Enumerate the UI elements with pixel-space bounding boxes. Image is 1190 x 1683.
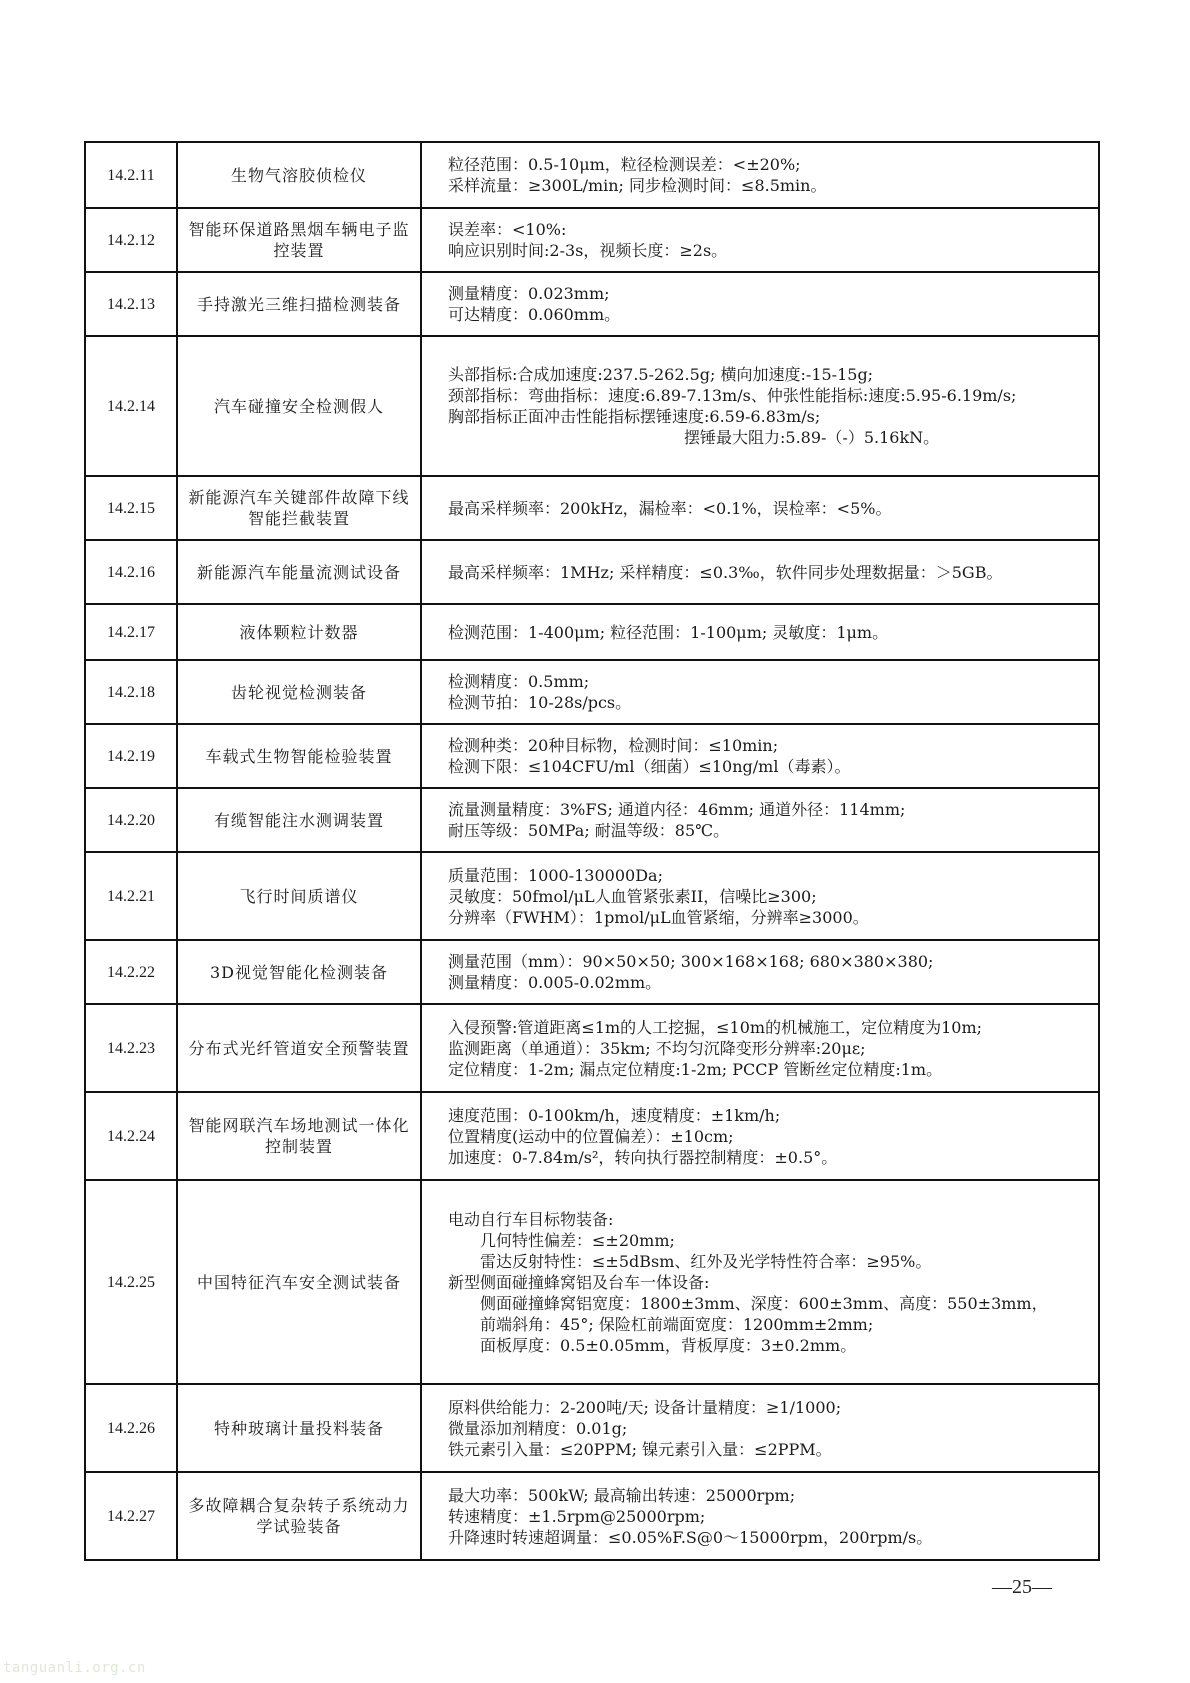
spec-line: 头部指标:合成加速度:237.5-262.5g; 横向加速度:-15-15g; (448, 364, 1086, 385)
spec-line: 颈部指标：弯曲指标：速度:6.89-7.13m/s、仲张性能指标:速度:5.95… (448, 385, 1086, 406)
table-row: 14.2.12智能环保道路黑烟车辆电子监控装置误差率：<10%:响应识别时间:2… (85, 208, 1099, 272)
equipment-name-cell: 汽车碰撞安全检测假人 (177, 336, 421, 476)
spec-line: 铁元素引入量：≤20PPM; 镍元素引入量：≤2PPM。 (448, 1439, 1086, 1460)
spec-line: 检测下限：≤104CFU/ml（细菌）≤10ng/ml（毒素）。 (448, 756, 1086, 777)
table-row: 14.2.18齿轮视觉检测装备检测精度：0.5mm;检测节拍：10-28s/pc… (85, 660, 1099, 724)
table-row: 14.2.27多故障耦合复杂转子系统动力学试验装备最大功率：500kW; 最高输… (85, 1472, 1099, 1560)
spec-cell: 测量范围（mm）：90×50×50; 300×168×168; 680×380×… (421, 940, 1099, 1004)
spec-line: 最高采样频率：1MHz; 采样精度：≤0.3‰，软件同步处理数据量：＞5GB。 (448, 562, 1086, 583)
table-row: 14.2.19车载式生物智能检验装置检测种类：20种目标物，检测时间：≤10mi… (85, 724, 1099, 788)
spec-line: 面板厚度：0.5±0.05mm，背板厚度：3±0.2mm。 (448, 1335, 1086, 1356)
spec-cell: 质量范围：1000-130000Da;灵敏度：50fmol/μL人血管紧张素II… (421, 852, 1099, 940)
item-number-cell: 14.2.12 (85, 208, 177, 272)
spec-line: 检测精度：0.5mm; (448, 671, 1086, 692)
equipment-name-cell: 生物气溶胶侦检仪 (177, 142, 421, 208)
spec-line: 检测种类：20种目标物，检测时间：≤10min; (448, 735, 1086, 756)
item-number-cell: 14.2.15 (85, 476, 177, 540)
table-row: 14.2.14汽车碰撞安全检测假人头部指标:合成加速度:237.5-262.5g… (85, 336, 1099, 476)
spec-cell: 最高采样频率：200kHz，漏检率：<0.1%，误检率：<5%。 (421, 476, 1099, 540)
item-number-cell: 14.2.22 (85, 940, 177, 1004)
spec-line: 粒径范围：0.5-10μm，粒径检测误差：<±20%; (448, 154, 1086, 175)
spec-line: 微量添加剂精度：0.01g; (448, 1418, 1086, 1439)
spec-line: 胸部指标正面冲击性能指标摆锤速度:6.59-6.83m/s; (448, 406, 1086, 427)
equipment-name-cell: 车载式生物智能检验装置 (177, 724, 421, 788)
spec-line: 采样流量：≥300L/min; 同步检测时间：≤8.5min。 (448, 175, 1086, 196)
equipment-name-cell: 中国特征汽车安全测试装备 (177, 1180, 421, 1384)
spec-cell: 检测范围：1-400μm; 粒径范围：1-100μm; 灵敏度：1μm。 (421, 604, 1099, 660)
spec-cell: 测量精度：0.023mm;可达精度：0.060mm。 (421, 272, 1099, 336)
spec-line: 几何特性偏差：≤±20mm; (448, 1230, 1086, 1251)
watermark: tanguanli.org.cn (3, 1660, 146, 1676)
table-row: 14.2.20有缆智能注水测调装置流量测量精度：3%FS; 通道内径：46mm;… (85, 788, 1099, 852)
spec-line: 定位精度：1-2m; 漏点定位精度:1-2m; PCCP 管断丝定位精度:1m。 (448, 1059, 1086, 1080)
table-row: 14.2.23分布式光纤管道安全预警装置入侵预警:管道距离≤1m的人工挖掘，≤1… (85, 1004, 1099, 1092)
equipment-name-cell: 多故障耦合复杂转子系统动力学试验装备 (177, 1472, 421, 1560)
spec-line: 转速精度：±1.5rpm@25000rpm; (448, 1506, 1086, 1527)
item-number-cell: 14.2.23 (85, 1004, 177, 1092)
item-number-cell: 14.2.26 (85, 1384, 177, 1472)
item-number-cell: 14.2.17 (85, 604, 177, 660)
item-number-cell: 14.2.11 (85, 142, 177, 208)
equipment-spec-table: 14.2.11生物气溶胶侦检仪粒径范围：0.5-10μm，粒径检测误差：<±20… (84, 141, 1100, 1561)
spec-cell: 最高采样频率：1MHz; 采样精度：≤0.3‰，软件同步处理数据量：＞5GB。 (421, 540, 1099, 604)
spec-cell: 原料供给能力：2-200吨/天; 设备计量精度：≥1/1000;微量添加剂精度：… (421, 1384, 1099, 1472)
item-number-cell: 14.2.13 (85, 272, 177, 336)
item-number-cell: 14.2.18 (85, 660, 177, 724)
table-row: 14.2.17液体颗粒计数器检测范围：1-400μm; 粒径范围：1-100μm… (85, 604, 1099, 660)
equipment-name-cell: 液体颗粒计数器 (177, 604, 421, 660)
equipment-name-cell: 分布式光纤管道安全预警装置 (177, 1004, 421, 1092)
table-row: 14.2.13手持激光三维扫描检测装备测量精度：0.023mm;可达精度：0.0… (85, 272, 1099, 336)
equipment-name-cell: 新能源汽车能量流测试设备 (177, 540, 421, 604)
item-number-cell: 14.2.24 (85, 1092, 177, 1180)
spec-line: 流量测量精度：3%FS; 通道内径：46mm; 通道外径：114mm; (448, 799, 1086, 820)
table-row: 14.2.25中国特征汽车安全测试装备电动自行车目标物装备:几何特性偏差：≤±2… (85, 1180, 1099, 1384)
spec-line: 误差率：<10%: (448, 219, 1086, 240)
spec-line: 测量精度：0.005-0.02mm。 (448, 972, 1086, 993)
spec-line: 原料供给能力：2-200吨/天; 设备计量精度：≥1/1000; (448, 1397, 1086, 1418)
spec-cell: 流量测量精度：3%FS; 通道内径：46mm; 通道外径：114mm;耐压等级：… (421, 788, 1099, 852)
spec-line: 加速度：0-7.84m/s²，转向执行器控制精度：±0.5°。 (448, 1147, 1086, 1168)
table-row: 14.2.223D视觉智能化检测装备测量范围（mm）：90×50×50; 300… (85, 940, 1099, 1004)
item-number-cell: 14.2.27 (85, 1472, 177, 1560)
spec-cell: 最大功率：500kW; 最高输出转速：25000rpm;转速精度：±1.5rpm… (421, 1472, 1099, 1560)
spec-line: 测量精度：0.023mm; (448, 283, 1086, 304)
spec-line: 测量范围（mm）：90×50×50; 300×168×168; 680×380×… (448, 951, 1086, 972)
spec-line: 侧面碰撞蜂窝铝宽度：1800±3mm、深度：600±3mm、高度：550±3mm… (448, 1293, 1086, 1314)
item-number-cell: 14.2.19 (85, 724, 177, 788)
spec-line: 灵敏度：50fmol/μL人血管紧张素II，信噪比≥300; (448, 886, 1086, 907)
spec-line: 耐压等级：50MPa; 耐温等级：85℃。 (448, 820, 1086, 841)
spec-line: 质量范围：1000-130000Da; (448, 865, 1086, 886)
item-number-cell: 14.2.14 (85, 336, 177, 476)
item-number-cell: 14.2.21 (85, 852, 177, 940)
equipment-name-cell: 3D视觉智能化检测装备 (177, 940, 421, 1004)
equipment-name-cell: 齿轮视觉检测装备 (177, 660, 421, 724)
spec-line: 前端斜角：45°; 保险杠前端面宽度：1200mm±2mm; (448, 1314, 1086, 1335)
table-body: 14.2.11生物气溶胶侦检仪粒径范围：0.5-10μm，粒径检测误差：<±20… (85, 142, 1099, 1560)
spec-line: 雷达反射特性：≤±5dBsm、红外及光学特性符合率：≥95%。 (448, 1251, 1086, 1272)
table-row: 14.2.21飞行时间质谱仪质量范围：1000-130000Da;灵敏度：50f… (85, 852, 1099, 940)
spec-line: 电动自行车目标物装备: (448, 1209, 1086, 1230)
spec-line: 速度范围：0-100km/h，速度精度：±1km/h; (448, 1105, 1086, 1126)
spec-line: 检测范围：1-400μm; 粒径范围：1-100μm; 灵敏度：1μm。 (448, 622, 1086, 643)
spec-line: 检测节拍：10-28s/pcs。 (448, 692, 1086, 713)
equipment-name-cell: 新能源汽车关键部件故障下线智能拦截装置 (177, 476, 421, 540)
equipment-name-cell: 特种玻璃计量投料装备 (177, 1384, 421, 1472)
equipment-name-cell: 手持激光三维扫描检测装备 (177, 272, 421, 336)
spec-cell: 速度范围：0-100km/h，速度精度：±1km/h;位置精度(运动中的位置偏差… (421, 1092, 1099, 1180)
item-number-cell: 14.2.25 (85, 1180, 177, 1384)
spec-cell: 检测精度：0.5mm;检测节拍：10-28s/pcs。 (421, 660, 1099, 724)
equipment-name-cell: 智能网联汽车场地测试一体化控制装置 (177, 1092, 421, 1180)
table-row: 14.2.11生物气溶胶侦检仪粒径范围：0.5-10μm，粒径检测误差：<±20… (85, 142, 1099, 208)
spec-line: 监测距离（单通道）：35km; 不均匀沉降变形分辨率:20με; (448, 1038, 1086, 1059)
equipment-name-cell: 有缆智能注水测调装置 (177, 788, 421, 852)
item-number-cell: 14.2.20 (85, 788, 177, 852)
equipment-name-cell: 智能环保道路黑烟车辆电子监控装置 (177, 208, 421, 272)
spec-line: 新型侧面碰撞蜂窝铝及台车一体设备: (448, 1272, 1086, 1293)
spec-cell: 粒径范围：0.5-10μm，粒径检测误差：<±20%;采样流量：≥300L/mi… (421, 142, 1099, 208)
spec-line: 入侵预警:管道距离≤1m的人工挖掘，≤10m的机械施工，定位精度为10m; (448, 1017, 1086, 1038)
spec-cell: 检测种类：20种目标物，检测时间：≤10min;检测下限：≤104CFU/ml（… (421, 724, 1099, 788)
spec-line: 可达精度：0.060mm。 (448, 304, 1086, 325)
spec-cell: 入侵预警:管道距离≤1m的人工挖掘，≤10m的机械施工，定位精度为10m;监测距… (421, 1004, 1099, 1092)
spec-line: 摆锤最大阻力:5.89-（-）5.16kN。 (448, 427, 1086, 448)
spec-cell: 电动自行车目标物装备:几何特性偏差：≤±20mm;雷达反射特性：≤±5dBsm、… (421, 1180, 1099, 1384)
page-number: —25— (992, 1576, 1052, 1599)
equipment-name-cell: 飞行时间质谱仪 (177, 852, 421, 940)
spec-line: 最大功率：500kW; 最高输出转速：25000rpm; (448, 1485, 1086, 1506)
table-row: 14.2.26特种玻璃计量投料装备原料供给能力：2-200吨/天; 设备计量精度… (85, 1384, 1099, 1472)
spec-line: 升降速时转速超调量：≤0.05%F.S@0～15000rpm，200rpm/s。 (448, 1527, 1086, 1548)
spec-line: 最高采样频率：200kHz，漏检率：<0.1%，误检率：<5%。 (448, 498, 1086, 519)
table-row: 14.2.16新能源汽车能量流测试设备最高采样频率：1MHz; 采样精度：≤0.… (85, 540, 1099, 604)
spec-cell: 误差率：<10%:响应识别时间:2-3s，视频长度：≥2s。 (421, 208, 1099, 272)
item-number-cell: 14.2.16 (85, 540, 177, 604)
table-row: 14.2.24智能网联汽车场地测试一体化控制装置速度范围：0-100km/h，速… (85, 1092, 1099, 1180)
table-row: 14.2.15新能源汽车关键部件故障下线智能拦截装置最高采样频率：200kHz，… (85, 476, 1099, 540)
spec-line: 分辨率（FWHM）：1pmol/μL血管紧缩，分辨率≥3000。 (448, 907, 1086, 928)
spec-line: 响应识别时间:2-3s，视频长度：≥2s。 (448, 240, 1086, 261)
spec-cell: 头部指标:合成加速度:237.5-262.5g; 横向加速度:-15-15g;颈… (421, 336, 1099, 476)
spec-line: 位置精度(运动中的位置偏差）：±10cm; (448, 1126, 1086, 1147)
